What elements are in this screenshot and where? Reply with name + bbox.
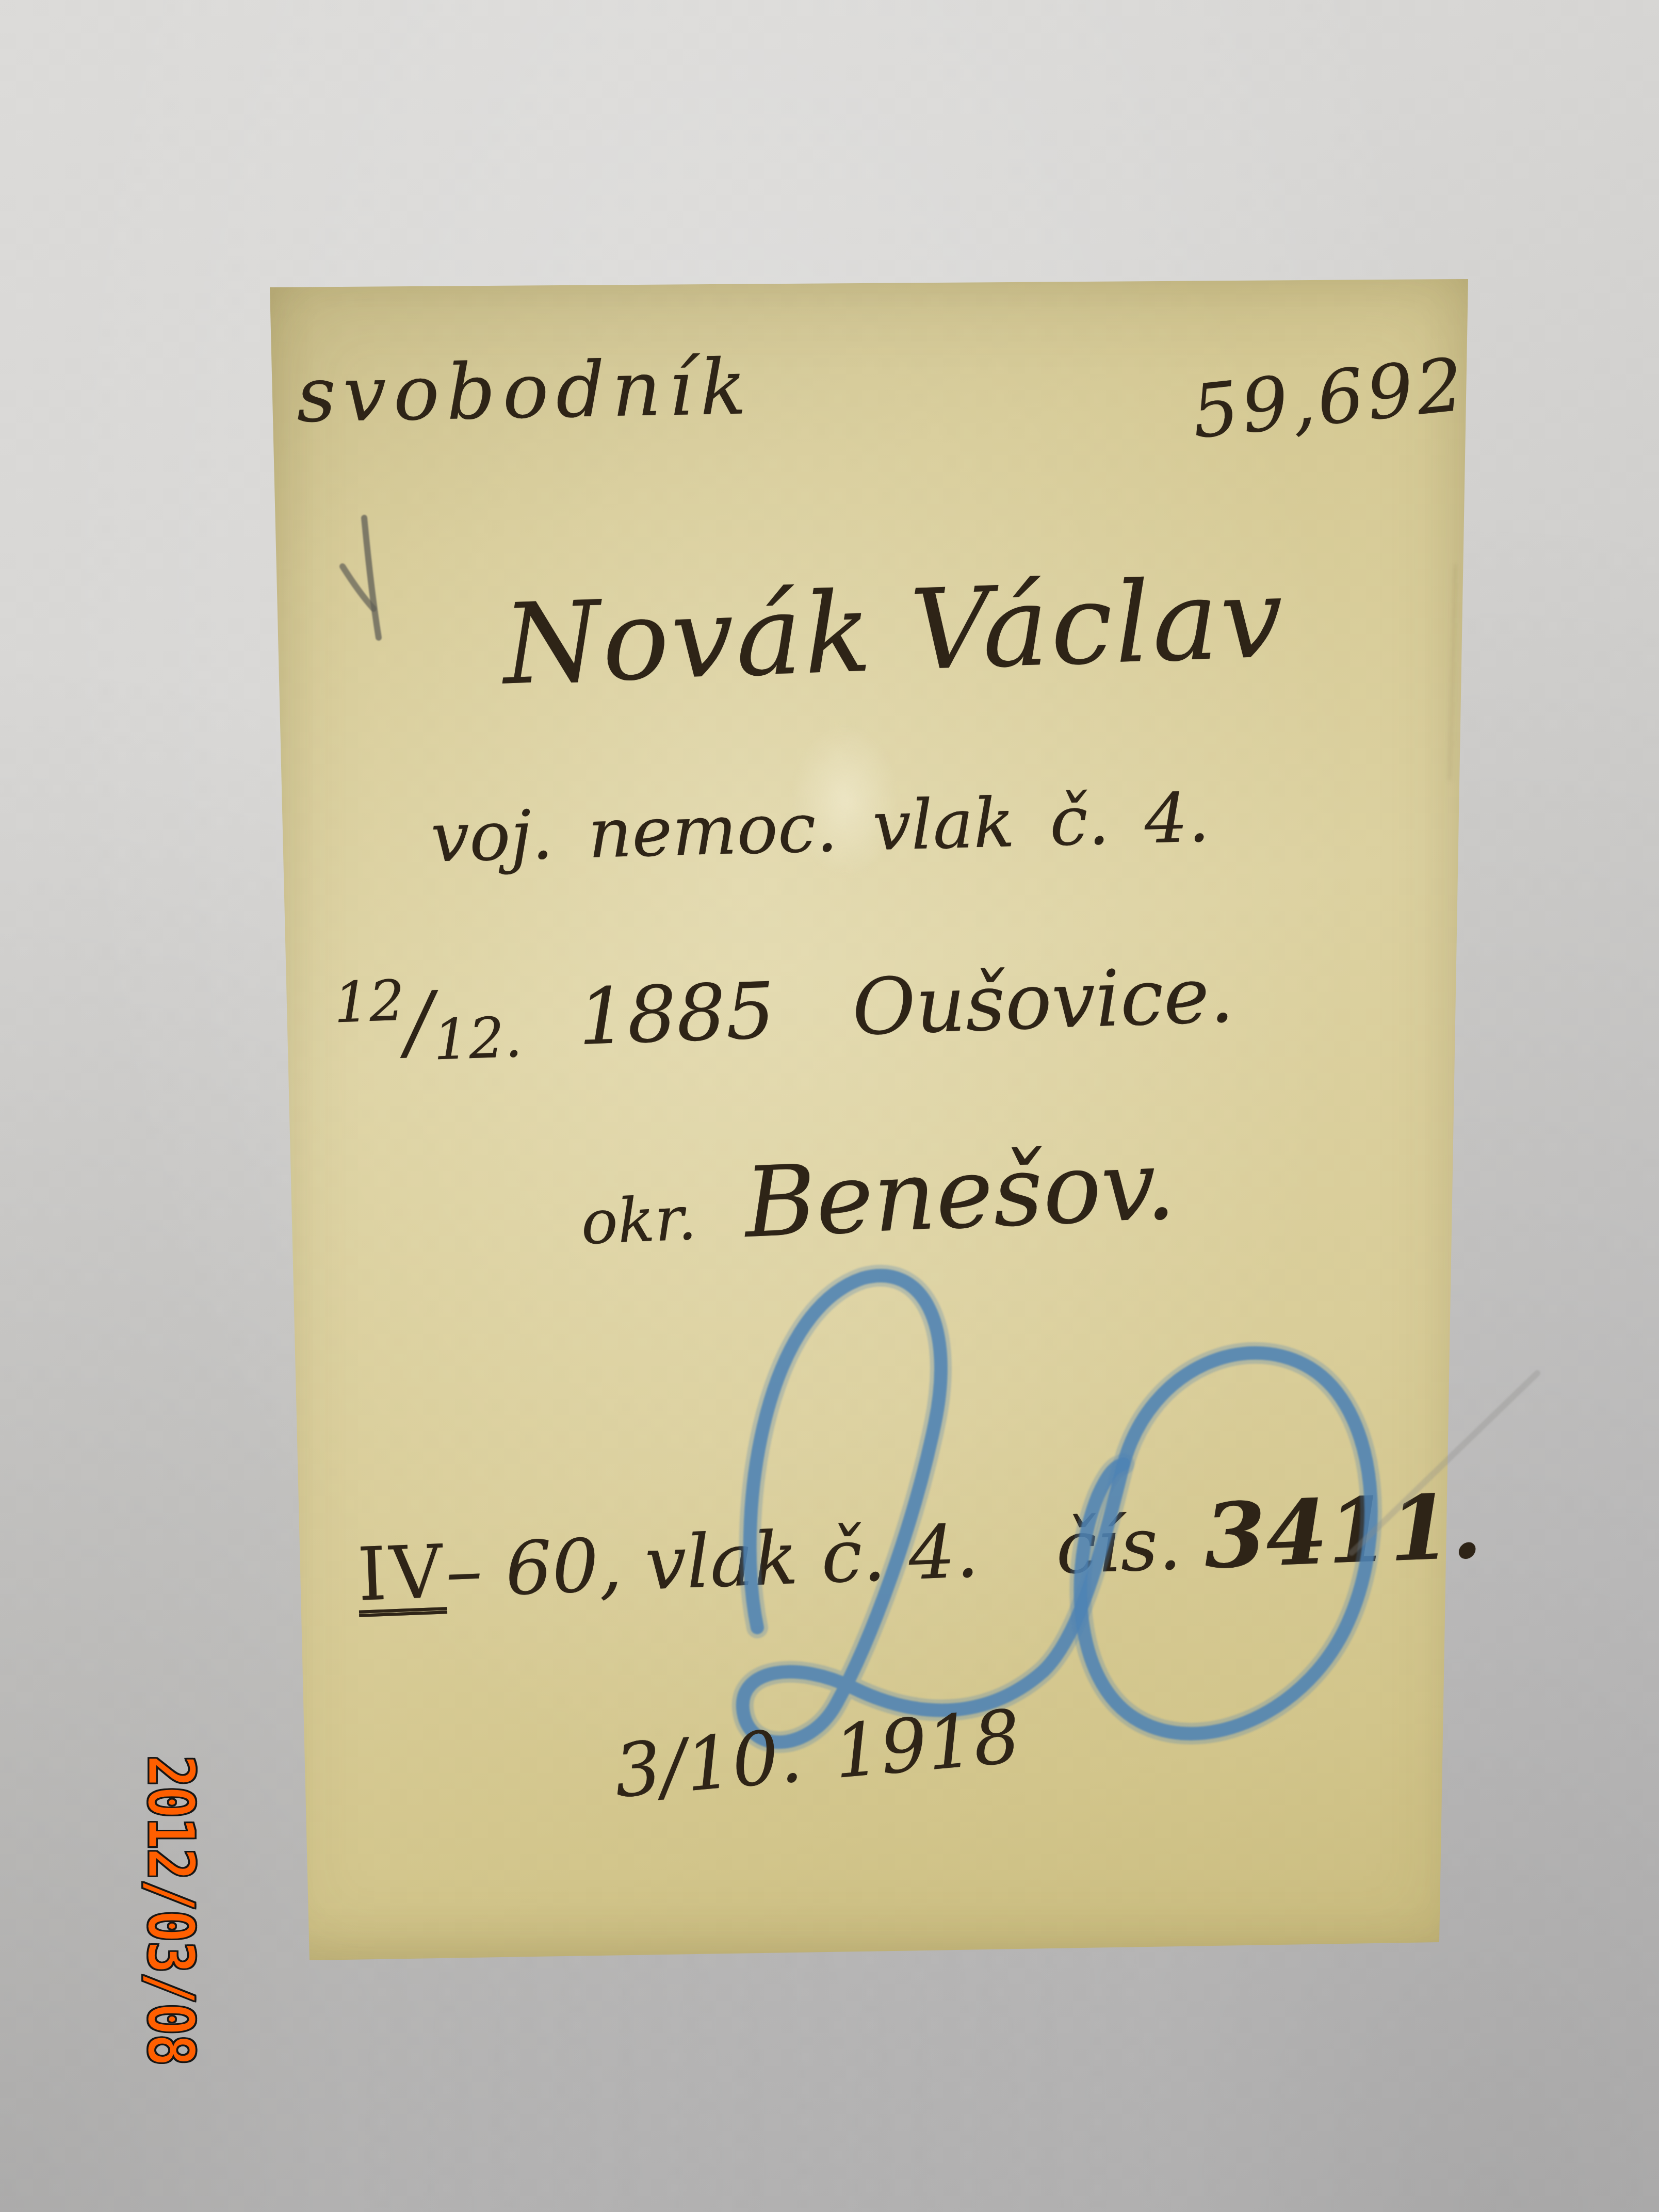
- cislo-value: 3411.: [1202, 1473, 1484, 1589]
- photo-of-document: { "photo": { "camera_timestamp": "2012/0…: [0, 0, 1659, 2212]
- rank-text: svobodník: [296, 343, 754, 439]
- camera-timestamp: 2012/03/08: [138, 1755, 202, 2065]
- birth-place: Oušovice.: [851, 950, 1235, 1053]
- birth-year: 1885: [577, 966, 777, 1063]
- paper-crease: [1449, 564, 1457, 780]
- roman-numeral: IV: [356, 1529, 447, 1617]
- birth-month: 12.: [432, 1005, 523, 1073]
- cislo-label: čís.: [1054, 1501, 1183, 1591]
- district-value: Benešov.: [742, 1128, 1178, 1260]
- district-label: okr.: [580, 1182, 698, 1258]
- birth-slash: /: [404, 974, 434, 1070]
- birth-day: 12: [333, 969, 406, 1036]
- assignment-detail: – 60, vlak č. 4.: [444, 1509, 980, 1615]
- soldier-name: Novák Václav: [501, 553, 1287, 710]
